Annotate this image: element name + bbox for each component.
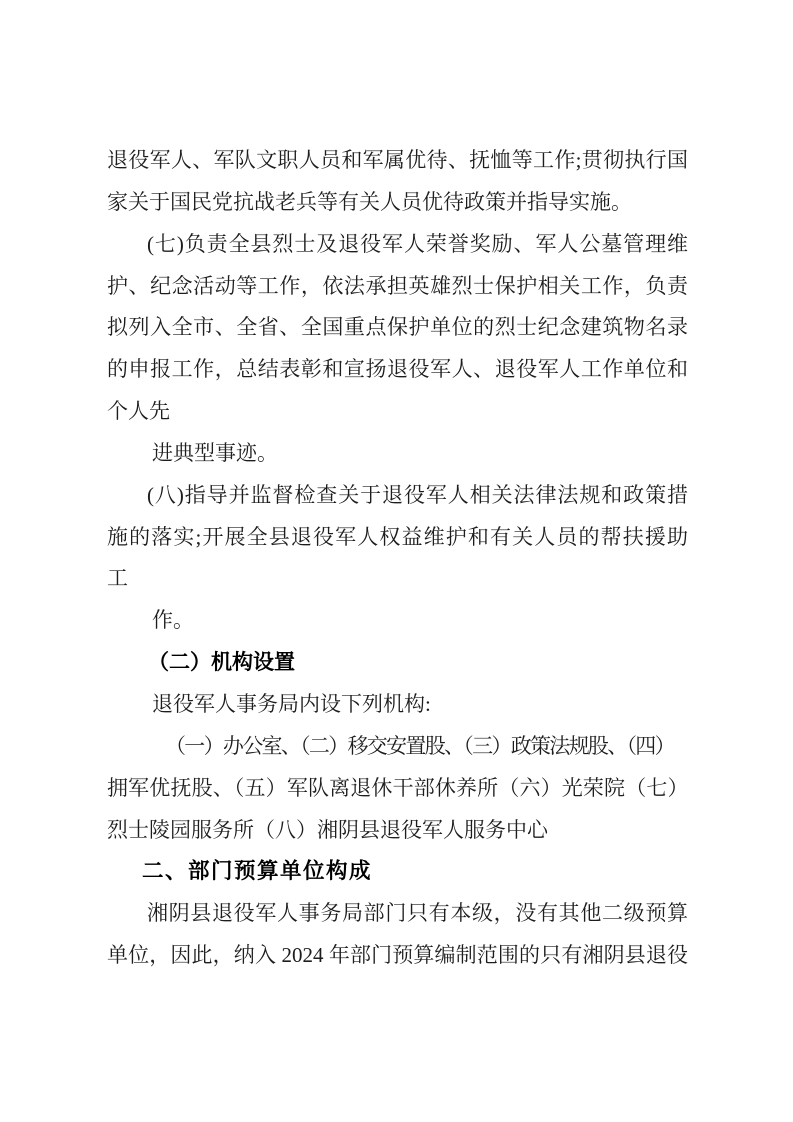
text-line: 拟列入全市、全省、全国重点保护单位的烈士纪念建筑物名录: [107, 307, 688, 349]
text-line: 护、纪念活动等工作，依法承担英雄烈士保护相关工作，负责: [107, 266, 688, 308]
text-line: 施的落实;开展全县退役军人权益维护和有关人员的帮扶援助: [107, 517, 688, 559]
text-line: 作。: [107, 600, 688, 642]
document-text-block: 退役军人、军队文职人员和军属优待、抚恤等工作;贯彻执行国家关于国民党抗战老兵等有…: [107, 140, 688, 977]
section-heading: 二、部门预算单位构成: [107, 851, 688, 893]
text-line: 的申报工作，总结表彰和宣扬退役军人、退役军人工作单位和: [107, 349, 688, 391]
text-line: 家关于国民党抗战老兵等有关人员优待政策并指导实施。: [107, 182, 688, 224]
text-line: 个人先: [107, 391, 688, 433]
text-line: 退役军人、军队文职人员和军属优待、抚恤等工作;贯彻执行国: [107, 140, 688, 182]
text-line: 拥军优抚股、（五）军队离退休干部休养所（六）光荣院（七）: [107, 768, 688, 810]
text-line: 烈士陵园服务所（八）湘阴县退役军人服务中心: [107, 810, 688, 852]
document-page: 退役军人、军队文职人员和军属优待、抚恤等工作;贯彻执行国家关于国民党抗战老兵等有…: [0, 0, 793, 1122]
text-line: （一）办公室、（二）移交安置股、（三）政策法规股、（四）: [107, 726, 688, 768]
text-line: (七)负责全县烈士及退役军人荣誉奖励、军人公墓管理维: [107, 224, 688, 266]
text-line: 退役军人事务局内设下列机构:: [107, 684, 688, 726]
text-line: 进典型事迹。: [107, 433, 688, 475]
subsection-heading: （二）机构设置: [107, 642, 688, 684]
text-line: 工: [107, 558, 688, 600]
text-line: (八)指导并监督检查关于退役军人相关法律法规和政策措: [107, 475, 688, 517]
text-line: 单位，因此，纳入 2024 年部门预算编制范围的只有湘阴县退役: [107, 935, 688, 977]
text-line: 湘阴县退役军人事务局部门只有本级，没有其他二级预算: [107, 893, 688, 935]
